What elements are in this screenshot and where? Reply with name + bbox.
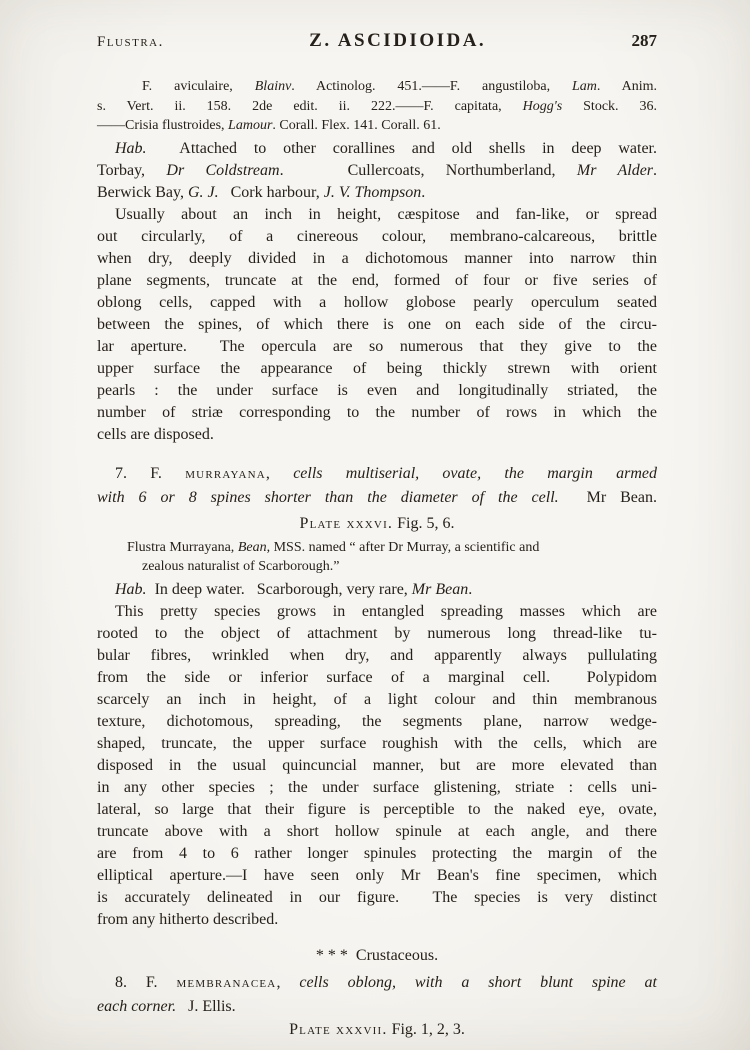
text-run: truncate above with a short hollow spinu… <box>97 823 657 840</box>
text-line: s. Vert. ii. 158. 2de edit. ii. 222.——F.… <box>97 97 657 117</box>
text-line: bular fibres, wrinkled when dry, and app… <box>97 645 657 667</box>
text-line: each corner. J. Ellis. <box>97 995 657 1019</box>
text-run: elliptical aperture.—I have seen only Mr… <box>97 867 657 884</box>
text-line: ——Crisia flustroides, Lamour. Corall. Fl… <box>97 116 657 136</box>
smallcaps-run: Plate xxxvii. <box>289 1021 387 1038</box>
italic-run: J. V. Thompson <box>324 184 422 201</box>
text-run: . <box>653 162 657 179</box>
text-run: s. Vert. ii. 158. 2de edit. ii. 222.——F.… <box>97 99 523 114</box>
text-run: upper surface the appearance of being th… <box>97 360 657 377</box>
text-line: between the spines, of which there is on… <box>97 314 657 336</box>
italic-run: Lamour <box>228 118 272 133</box>
italic-run: Dr Coldstream <box>166 162 279 179</box>
text-line: lateral, so large that their figure is p… <box>97 799 657 821</box>
text-run: In deep water. Scarborough, very rare, <box>147 581 412 598</box>
text-run: Flustra Murrayana, <box>127 540 238 555</box>
text-run: lar aperture. The opercula are so numero… <box>97 338 657 355</box>
text-run: shaped, truncate, the upper surface roug… <box>97 735 657 752</box>
text-line: This pretty species grows in entangled s… <box>97 601 657 623</box>
text-run: pearls : the under surface is even and l… <box>97 382 657 399</box>
text-line: texture, dichotomous, spreading, the seg… <box>97 711 657 733</box>
text-line: from the side or inferior surface of a m… <box>97 667 657 689</box>
text-line: Plate xxxvi. Fig. 5, 6. <box>97 513 657 535</box>
text-run: Torbay, <box>97 162 166 179</box>
italic-run: Mr Bean <box>412 581 468 598</box>
text-run: in any other species ; the under surface… <box>97 779 657 796</box>
text-run: bular fibres, wrinkled when dry, and app… <box>97 647 657 664</box>
running-header: Flustra. Z. ASCIDIOIDA. 287 <box>97 30 657 52</box>
italic-run: G. J. <box>188 184 219 201</box>
text-run: ——Crisia flustroides, <box>97 118 228 133</box>
crustaceous-divider: * * * Crustaceous. <box>97 945 657 967</box>
running-header-title: Z. ASCIDIOIDA. <box>309 30 486 52</box>
text-line: Hab. In deep water. Scarborough, very ra… <box>97 579 657 601</box>
text-run: . <box>468 581 472 598</box>
text-line: oblong cells, capped with a hollow globo… <box>97 292 657 314</box>
italic-run: Mr Alder <box>577 162 653 179</box>
text-run: scarcely an inch in height, of a light c… <box>97 691 657 708</box>
text-line: disposed in the usual quincuncial manner… <box>97 755 657 777</box>
text-line: plane segments, truncate at the end, for… <box>97 270 657 292</box>
text-line: are from 4 to 6 rather longer spinules p… <box>97 843 657 865</box>
murrayana-note: Flustra Murrayana, Bean, MSS. named “ af… <box>97 538 657 577</box>
scanned-book-page: Flustra. Z. ASCIDIOIDA. 287 F. aviculair… <box>0 0 750 1050</box>
text-run: . Cullercoats, Northumberland, <box>280 162 577 179</box>
text-line: Plate xxxvii. Fig. 1, 2, 3. <box>97 1019 657 1041</box>
text-line: with 6 or 8 spines shorter than the diam… <box>97 486 657 510</box>
italic-run: Hab. <box>115 581 147 598</box>
plate-xxxvi-line: Plate xxxvi. Fig. 5, 6. <box>97 513 657 535</box>
italic-run: cells oblong, with a short blunt spine a… <box>299 974 657 991</box>
text-line: in any other species ; the under surface… <box>97 777 657 799</box>
text-run: Cork harbour, <box>219 184 324 201</box>
text-run: , <box>266 465 293 482</box>
text-run: rooted to the object of attachment by nu… <box>97 625 657 642</box>
text-run: 7. F. <box>115 465 185 482</box>
text-run: Fig. 5, 6. <box>393 515 454 532</box>
text-run: F. aviculaire, <box>142 79 255 94</box>
text-line: 8. F. membranacea, cells oblong, with a … <box>97 971 657 995</box>
italic-run: each corner. <box>97 998 176 1015</box>
text-line: Usually about an inch in height, cæspito… <box>97 204 657 226</box>
text-run: are from 4 to 6 rather longer spinules p… <box>97 845 657 862</box>
text-line: Flustra Murrayana, Bean, MSS. named “ af… <box>97 538 657 558</box>
text-line: Berwick Bay, G. J. Cork harbour, J. V. T… <box>97 182 657 204</box>
text-run: cells are disposed. <box>97 426 214 443</box>
text-line: pearls : the under surface is even and l… <box>97 380 657 402</box>
text-line: shaped, truncate, the upper surface roug… <box>97 733 657 755</box>
description-murrayana: This pretty species grows in entangled s… <box>97 601 657 931</box>
text-line: rooted to the object of attachment by nu… <box>97 623 657 645</box>
running-header-genus: Flustra. <box>97 34 164 51</box>
text-run: . <box>421 184 425 201</box>
text-run: zealous naturalist of Scarborough.” <box>142 559 340 574</box>
text-run: texture, dichotomous, spreading, the seg… <box>97 713 657 730</box>
smallcaps-run: murrayana <box>185 465 266 482</box>
species-7-heading: 7. F. murrayana, cells multiserial, ovat… <box>97 462 657 510</box>
text-run: * * * Crustaceous. <box>316 947 438 964</box>
text-line: F. aviculaire, Blainv. Actinolog. 451.——… <box>97 77 657 97</box>
text-run: from any hitherto described. <box>97 911 278 928</box>
text-line: Torbay, Dr Coldstream. Cullercoats, Nort… <box>97 160 657 182</box>
text-run: disposed in the usual quincuncial manner… <box>97 757 657 774</box>
text-line: cells are disposed. <box>97 424 657 446</box>
text-line: 7. F. murrayana, cells multiserial, ovat… <box>97 462 657 486</box>
italic-run: cells multiserial, ovate, the margin arm… <box>293 465 657 482</box>
text-run: This pretty species grows in entangled s… <box>115 603 657 620</box>
text-run: when dry, deeply divided in a dichotomou… <box>97 250 657 267</box>
species-8-heading: 8. F. membranacea, cells oblong, with a … <box>97 971 657 1019</box>
text-line: truncate above with a short hollow spinu… <box>97 821 657 843</box>
text-run: Attached to other corallines and old she… <box>147 140 657 157</box>
text-line: scarcely an inch in height, of a light c… <box>97 689 657 711</box>
plate-xxxvii-line: Plate xxxvii. Fig. 1, 2, 3. <box>97 1019 657 1041</box>
italic-run: with 6 or 8 spines shorter than the diam… <box>97 489 559 506</box>
synonymy-aviculaire: F. aviculaire, Blainv. Actinolog. 451.——… <box>97 77 657 136</box>
text-line: from any hitherto described. <box>97 909 657 931</box>
text-run: Stock. 36. <box>562 99 657 114</box>
text-line: when dry, deeply divided in a dichotomou… <box>97 248 657 270</box>
habitat-avicularia: Hab. Attached to other corallines and ol… <box>97 138 657 204</box>
text-line: upper surface the appearance of being th… <box>97 358 657 380</box>
italic-run: Lam <box>572 79 597 94</box>
habitat-murrayana: Hab. In deep water. Scarborough, very ra… <box>97 579 657 601</box>
page-body: F. aviculaire, Blainv. Actinolog. 451.——… <box>97 77 657 1041</box>
page-number: 287 <box>631 31 657 51</box>
italic-run: Bean <box>238 540 267 555</box>
text-run: between the spines, of which there is on… <box>97 316 657 333</box>
text-run: oblong cells, capped with a hollow globo… <box>97 294 657 311</box>
text-line: Hab. Attached to other corallines and ol… <box>97 138 657 160</box>
text-line: zealous naturalist of Scarborough.” <box>97 557 657 577</box>
description-avicularia: Usually about an inch in height, cæspito… <box>97 204 657 446</box>
text-line: elliptical aperture.—I have seen only Mr… <box>97 865 657 887</box>
text-run: . Anim. <box>597 79 657 94</box>
text-line: is accurately delineated in our figure. … <box>97 887 657 909</box>
text-run: Usually about an inch in height, cæspito… <box>115 206 657 223</box>
text-run: Fig. 1, 2, 3. <box>388 1021 465 1038</box>
text-run: . Corall. Flex. 141. Corall. 61. <box>272 118 440 133</box>
text-run: Mr Bean. <box>559 489 657 506</box>
text-run: 8. F. <box>115 974 176 991</box>
text-run: plane segments, truncate at the end, for… <box>97 272 657 289</box>
text-run: Berwick Bay, <box>97 184 188 201</box>
smallcaps-run: membranacea <box>176 974 276 991</box>
text-line: out circularly, of a cinereous colour, m… <box>97 226 657 248</box>
text-run: , <box>276 974 299 991</box>
text-run: lateral, so large that their figure is p… <box>97 801 657 818</box>
text-line: number of striæ corresponding to the num… <box>97 402 657 424</box>
text-line: lar aperture. The opercula are so numero… <box>97 336 657 358</box>
text-line: * * * Crustaceous. <box>97 945 657 967</box>
italic-run: Hogg's <box>523 99 563 114</box>
italic-run: Hab. <box>115 140 147 157</box>
text-run: number of striæ corresponding to the num… <box>97 404 657 421</box>
text-run: is accurately delineated in our figure. … <box>97 889 657 906</box>
text-run: J. Ellis. <box>176 998 236 1015</box>
smallcaps-run: Plate xxxvi. <box>300 515 394 532</box>
text-run: out circularly, of a cinereous colour, m… <box>97 228 657 245</box>
text-run: , MSS. named “ after Dr Murray, a scient… <box>267 540 540 555</box>
text-run: from the side or inferior surface of a m… <box>97 669 657 686</box>
text-run: . Actinolog. 451.——F. angustiloba, <box>291 79 572 94</box>
italic-run: Blainv <box>255 79 292 94</box>
